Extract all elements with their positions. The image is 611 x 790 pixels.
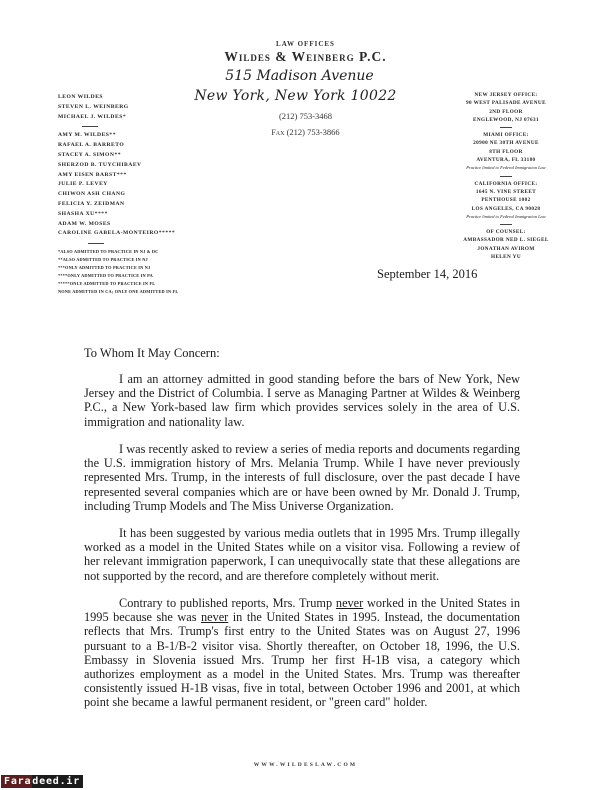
office-title: CALIFORNIA OFFICE: xyxy=(432,180,580,188)
watermark-part-b: deed.ir xyxy=(32,775,83,788)
emphasis-never: never xyxy=(336,596,363,610)
office-line: 90 WEST PALISADE AVENUE xyxy=(432,99,580,107)
associate-name: RAFAEL A. BARRETO xyxy=(58,141,208,151)
partner-name: MICHAEL J. WILDES* xyxy=(58,113,208,123)
office-line: 8TH FLOOR xyxy=(432,148,580,156)
office-note: Practice limited to Federal Immigration … xyxy=(432,213,580,221)
associate-name: SHERZOD B. TUYCHIBAEV xyxy=(58,161,208,171)
paragraph-2: I was recently asked to review a series … xyxy=(84,442,520,513)
law-offices-label: LAW OFFICES xyxy=(0,40,611,48)
paragraph-4-text: Contrary to published reports, Mrs. Trum… xyxy=(119,596,336,610)
office-title: MIAMI OFFICE: xyxy=(432,131,580,139)
footnote: NONE ADMITTED IN CA; ONLY ONE ADMITTED I… xyxy=(58,288,208,296)
fax-number: (212) 753-3866 xyxy=(287,127,340,137)
partner-name: LEON WILDES xyxy=(58,93,208,103)
attorney-list: LEON WILDES STEVEN L. WEINBERG MICHAEL J… xyxy=(58,93,208,296)
divider xyxy=(88,243,104,244)
associate-name: AMY EISEN BARST*** xyxy=(58,171,208,181)
counsel-name: AMBASSADOR NED L. SIEGEL xyxy=(432,236,580,244)
divider xyxy=(500,224,512,225)
new-jersey-office: NEW JERSEY OFFICE: 90 WEST PALISADE AVEN… xyxy=(432,91,580,124)
associate-name: ADAM W. MOSES xyxy=(58,220,208,230)
footer-website: WWW.WILDESLAW.COM xyxy=(0,762,611,768)
paragraph-4-text: in the United States in 1995. Instead, t… xyxy=(84,610,520,709)
footnote: ***ONLY ADMITTED TO PRACTICE IN NJ xyxy=(58,264,208,272)
divider xyxy=(82,126,98,127)
paragraph-1: I am an attorney admitted in good standi… xyxy=(84,372,520,429)
partner-name: STEVEN L. WEINBERG xyxy=(58,103,208,113)
associate-name: CHIWON ASH CHANG xyxy=(58,190,208,200)
partners-list: LEON WILDES STEVEN L. WEINBERG MICHAEL J… xyxy=(58,93,208,122)
office-line: 2ND FLOOR xyxy=(432,108,580,116)
divider xyxy=(500,176,512,177)
associate-name: CAROLINE GABELA-MONTEIRO***** xyxy=(58,229,208,239)
letter-date: September 14, 2016 xyxy=(377,267,477,282)
associates-list: AMY M. WILDES** RAFAEL A. BARRETO STACEY… xyxy=(58,131,208,239)
office-line: 1645 N. VINE STREET xyxy=(432,188,580,196)
associate-name: JULIE P. LEVEY xyxy=(58,180,208,190)
office-note: Practice limited to Federal Immigration … xyxy=(432,164,580,172)
firm-street-address: 515 Madison Avenue xyxy=(0,66,611,86)
office-line: LOS ANGELES, CA 90028 xyxy=(432,205,580,213)
counsel-name: JONATHAN AVIROM xyxy=(432,245,580,253)
california-office: CALIFORNIA OFFICE: 1645 N. VINE STREET P… xyxy=(432,180,580,221)
watermark-part-a: Fara xyxy=(1,775,32,788)
office-list: NEW JERSEY OFFICE: 90 WEST PALISADE AVEN… xyxy=(432,91,580,261)
miami-office: MIAMI OFFICE: 20900 NE 30TH AVENUE 8TH F… xyxy=(432,131,580,172)
office-line: ENGLEWOOD, NJ 07631 xyxy=(432,116,580,124)
admission-footnotes: *ALSO ADMITTED TO PRACTICE IN NJ & DC **… xyxy=(58,243,208,296)
office-line: PENTHOUSE 1002 xyxy=(432,196,580,204)
emphasis-never: never xyxy=(201,610,228,624)
paragraph-4: Contrary to published reports, Mrs. Trum… xyxy=(84,596,520,710)
associate-name: SHASHA XU**** xyxy=(58,210,208,220)
office-line: 20900 NE 30TH AVENUE xyxy=(432,139,580,147)
of-counsel: OF COUNSEL: AMBASSADOR NED L. SIEGEL JON… xyxy=(432,228,580,261)
office-title: OF COUNSEL: xyxy=(432,228,580,236)
salutation: To Whom It May Concern: xyxy=(84,346,220,361)
footnote: *****ONLY ADMITTED TO PRACTICE IN FL xyxy=(58,280,208,288)
office-title: NEW JERSEY OFFICE: xyxy=(432,91,580,99)
fax-label: Fax xyxy=(271,128,284,137)
counsel-name: HELEN YU xyxy=(432,253,580,261)
office-line: AVENTURA, FL 33180 xyxy=(432,156,580,164)
firm-name: Wildes & Weinberg P.C. xyxy=(0,49,611,65)
footnote: **ALSO ADMITTED TO PRACTICE IN NJ xyxy=(58,256,208,264)
divider xyxy=(500,127,512,128)
footnote: *ALSO ADMITTED TO PRACTICE IN NJ & DC xyxy=(58,248,208,256)
associate-name: FELICIA Y. ZEIDMAN xyxy=(58,200,208,210)
paragraph-3: It has been suggested by various media o… xyxy=(84,526,520,583)
watermark-logo: Fara deed.ir xyxy=(1,775,83,788)
footnote: ****ONLY ADMITTED TO PRACTICE IN PA xyxy=(58,272,208,280)
associate-name: STACEY A. SIMON** xyxy=(58,151,208,161)
associate-name: AMY M. WILDES** xyxy=(58,131,208,141)
